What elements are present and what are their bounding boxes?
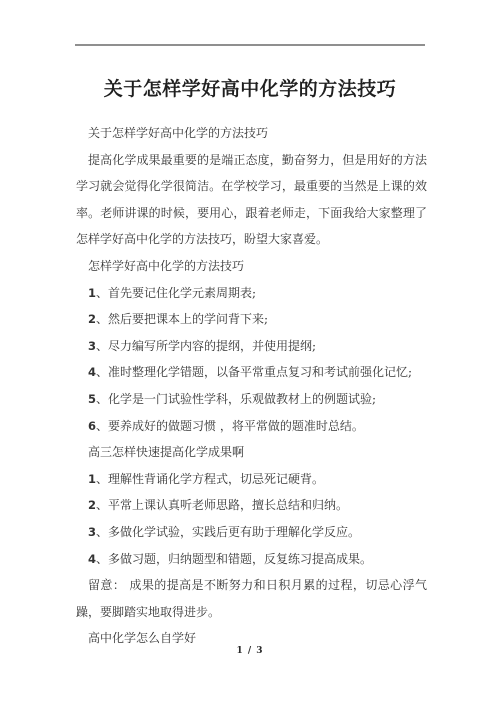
list-item-text: 、多做习题，归纳题型和错题，反复练习提高成果。 <box>96 552 372 566</box>
list-item: 1、首先要记住化学元素周期表; <box>76 280 427 307</box>
list-item: 2、平常上课认真听老师思路，擅长总结和归纳。 <box>76 492 427 519</box>
document-title: 关于怎样学好高中化学的方法技巧 <box>0 74 500 101</box>
list-item-number: 6 <box>88 419 96 433</box>
list-item: 3、尽力编写所学内容的提纲，并使用提纲; <box>76 333 427 360</box>
document-subtitle: 关于怎样学好高中化学的方法技巧 <box>76 120 427 147</box>
intro-paragraph: 提高化学成果最重要的是端正态度，勤奋努力，但是用好的方法学习就会觉得化学很简洁。… <box>76 147 427 253</box>
list-item-number: 1 <box>88 286 96 300</box>
list-item-text: 、尽力编写所学内容的提纲，并使用提纲; <box>96 339 316 353</box>
list-item-number: 3 <box>88 525 96 539</box>
document-body: 关于怎样学好高中化学的方法技巧 提高化学成果最重要的是端正态度，勤奋努力，但是用… <box>76 120 427 652</box>
list-item: 4、准时整理化学错题，以备平常重点复习和考试前强化记忆; <box>76 359 427 386</box>
list-item: 6、要养成好的做题习惯 ，将平常做的题准时总结。 <box>76 413 427 440</box>
list-item-text: 、准时整理化学错题，以备平常重点复习和考试前强化记忆; <box>96 365 412 379</box>
list-item-text: 、然后要把课本上的学问背下来; <box>96 312 268 326</box>
list-item-number: 4 <box>88 552 96 566</box>
list-item: 4、多做习题，归纳题型和错题，反复练习提高成果。 <box>76 546 427 573</box>
list-item-number: 5 <box>88 392 96 406</box>
list-item-number: 4 <box>88 365 96 379</box>
list-item-text: 、平常上课认真听老师思路，擅长总结和归纳。 <box>96 498 348 512</box>
list-item-text: 、要养成好的做题习惯 ，将平常做的题准时总结。 <box>96 419 364 433</box>
list-item-text: 、首先要记住化学元素周期表; <box>96 286 256 300</box>
header-divider <box>75 44 425 46</box>
list-item: 5、化学是一门试验性学科，乐观做教材上的例题试验; <box>76 386 427 413</box>
list-item: 3、多做化学试验，实践后更有助于理解化学反应。 <box>76 519 427 546</box>
list-item-text: 、化学是一门试验性学科，乐观做教材上的例题试验; <box>96 392 376 406</box>
document-page: 关于怎样学好高中化学的方法技巧 关于怎样学好高中化学的方法技巧 提高化学成果最重… <box>0 0 500 707</box>
section-heading: 怎样学好高中化学的方法技巧 <box>76 253 427 280</box>
list-item-number: 2 <box>88 498 96 512</box>
list-item-number: 3 <box>88 339 96 353</box>
list-item: 2、然后要把课本上的学问背下来; <box>76 306 427 333</box>
note-paragraph: 留意： 成果的提高是不断努力和日积月累的过程，切忌心浮气躁，要脚踏实地取得进步。 <box>76 572 427 625</box>
section-heading: 高三怎样快速提高化学成果啊 <box>76 439 427 466</box>
list-item-number: 1 <box>88 472 96 486</box>
list-item-number: 2 <box>88 312 96 326</box>
list-item-text: 、理解性背诵化学方程式，切忌死记硬背。 <box>96 472 324 486</box>
list-item: 1、理解性背诵化学方程式，切忌死记硬背。 <box>76 466 427 493</box>
page-number: 1 / 3 <box>0 646 500 656</box>
list-item-text: 、多做化学试验，实践后更有助于理解化学反应。 <box>96 525 360 539</box>
